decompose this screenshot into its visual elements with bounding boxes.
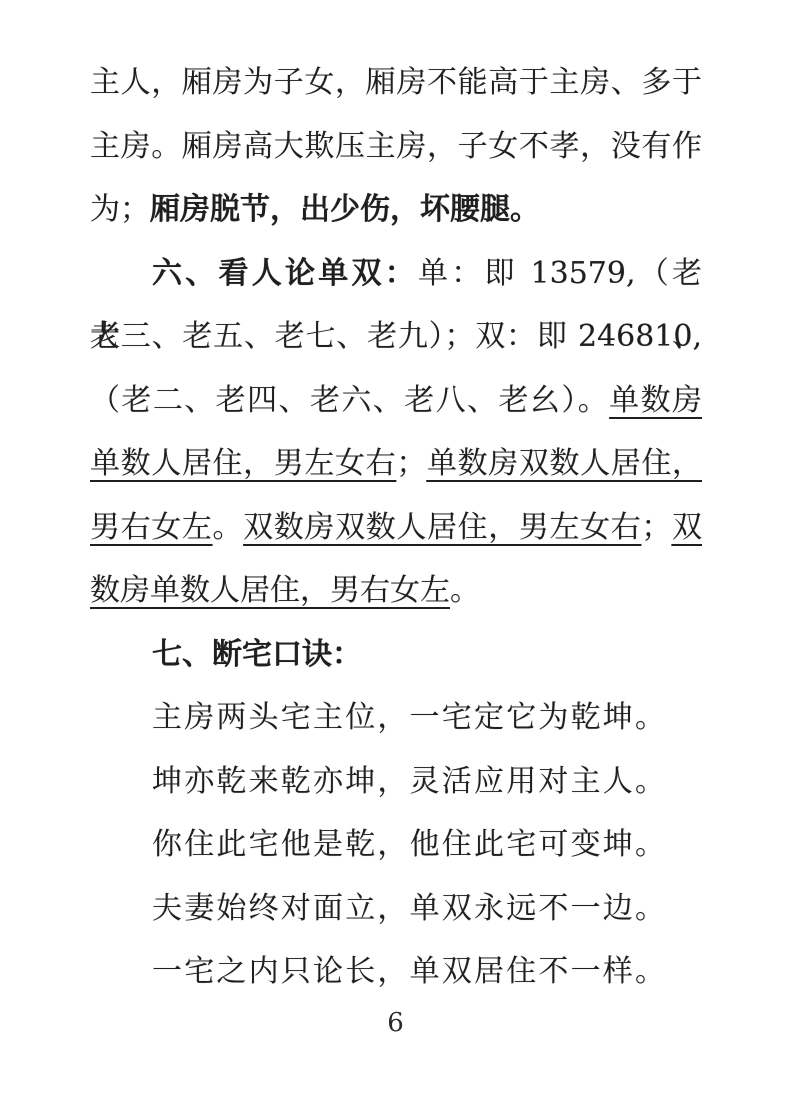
text-content: 主人，厢房为子女，厢房不能高于主房、多于 主房。厢房高大欺压主房，子女不孝，没有…: [90, 51, 702, 1004]
underlined-segment: 单数房双数人居住，: [426, 446, 702, 481]
text-segment: 。: [450, 573, 480, 608]
text-line: （老二、老四、老六、老八、老幺）。单数房: [90, 369, 702, 433]
text-segment: 主房。厢房高大欺压主房，子女不孝，没有作: [90, 129, 702, 164]
verse-text: 坤亦乾来乾亦坤，灵活应用对主人。: [152, 764, 667, 799]
text-line: 男右女左。双数房双数人居住，男左女右；双: [90, 496, 702, 560]
verse-line: 一宅之内只论长，单双居住不一样。: [90, 940, 702, 1004]
verse-line: 你住此宅他是乾，他住此宅可变坤。: [90, 813, 702, 877]
verse-text: 主房两头宅主位，一宅定它为乾坤。: [152, 700, 667, 735]
page-number: 6: [0, 1002, 791, 1044]
text-segment: ；: [641, 510, 671, 545]
text-segment: 。: [213, 510, 244, 545]
underlined-segment: 双数房双数人居住，男左女右: [243, 510, 641, 545]
verse-text: 你住此宅他是乾，他住此宅可变坤。: [152, 827, 667, 862]
section-heading: 六、看人论单双：: [152, 256, 418, 291]
verse-text: 一宅之内只论长，单双居住不一样。: [152, 954, 667, 989]
verse-line: 主房两头宅主位，一宅定它为乾坤。: [90, 686, 702, 750]
verse-line: 夫妻始终对面立，单双永远不一边。: [90, 877, 702, 941]
text-segment: 为；: [90, 192, 150, 227]
text-segment: （老二、老四、老六、老八、老幺）。: [90, 383, 609, 418]
text-segment: ；: [396, 446, 426, 481]
underlined-segment: 男右女左: [90, 510, 213, 545]
text-line: 数房单数人居住，男右女左。: [90, 559, 702, 623]
text-line: 单数人居住，男左女右；单数房双数人居住，: [90, 432, 702, 496]
underlined-segment: 双: [671, 510, 702, 545]
document-page: 主人，厢房为子女，厢房不能高于主房、多于 主房。厢房高大欺压主房，子女不孝，没有…: [0, 0, 791, 1112]
text-line: 老三、老五、老七、老九）；双：即 246810,: [90, 305, 702, 369]
text-segment: 主人，厢房为子女，厢房不能高于主房、多于: [90, 65, 702, 100]
underlined-segment: 单数房: [609, 383, 702, 418]
text-line: 主房。厢房高大欺压主房，子女不孝，没有作: [90, 115, 702, 179]
text-segment: 老三、老五、老七、老九）；双：即 246810,: [90, 319, 702, 354]
text-line: 主人，厢房为子女，厢房不能高于主房、多于: [90, 51, 702, 115]
section-heading-seven-line: 七、断宅口诀：: [90, 623, 702, 687]
bold-segment: 厢房脱节，出少伤，坏腰腿。: [150, 192, 540, 227]
underlined-segment: 数房单数人居住，男右女左: [90, 573, 450, 608]
text-line: 为；厢房脱节，出少伤，坏腰腿。: [90, 178, 702, 242]
verse-text: 夫妻始终对面立，单双永远不一边。: [152, 891, 667, 926]
verse-line: 坤亦乾来乾亦坤，灵活应用对主人。: [90, 750, 702, 814]
section-heading: 七、断宅口诀：: [152, 637, 362, 672]
section-heading-six-line: 六、看人论单双：单：即 13579,（老大、: [90, 242, 702, 306]
underlined-segment: 单数人居住，男左女右: [90, 446, 396, 481]
